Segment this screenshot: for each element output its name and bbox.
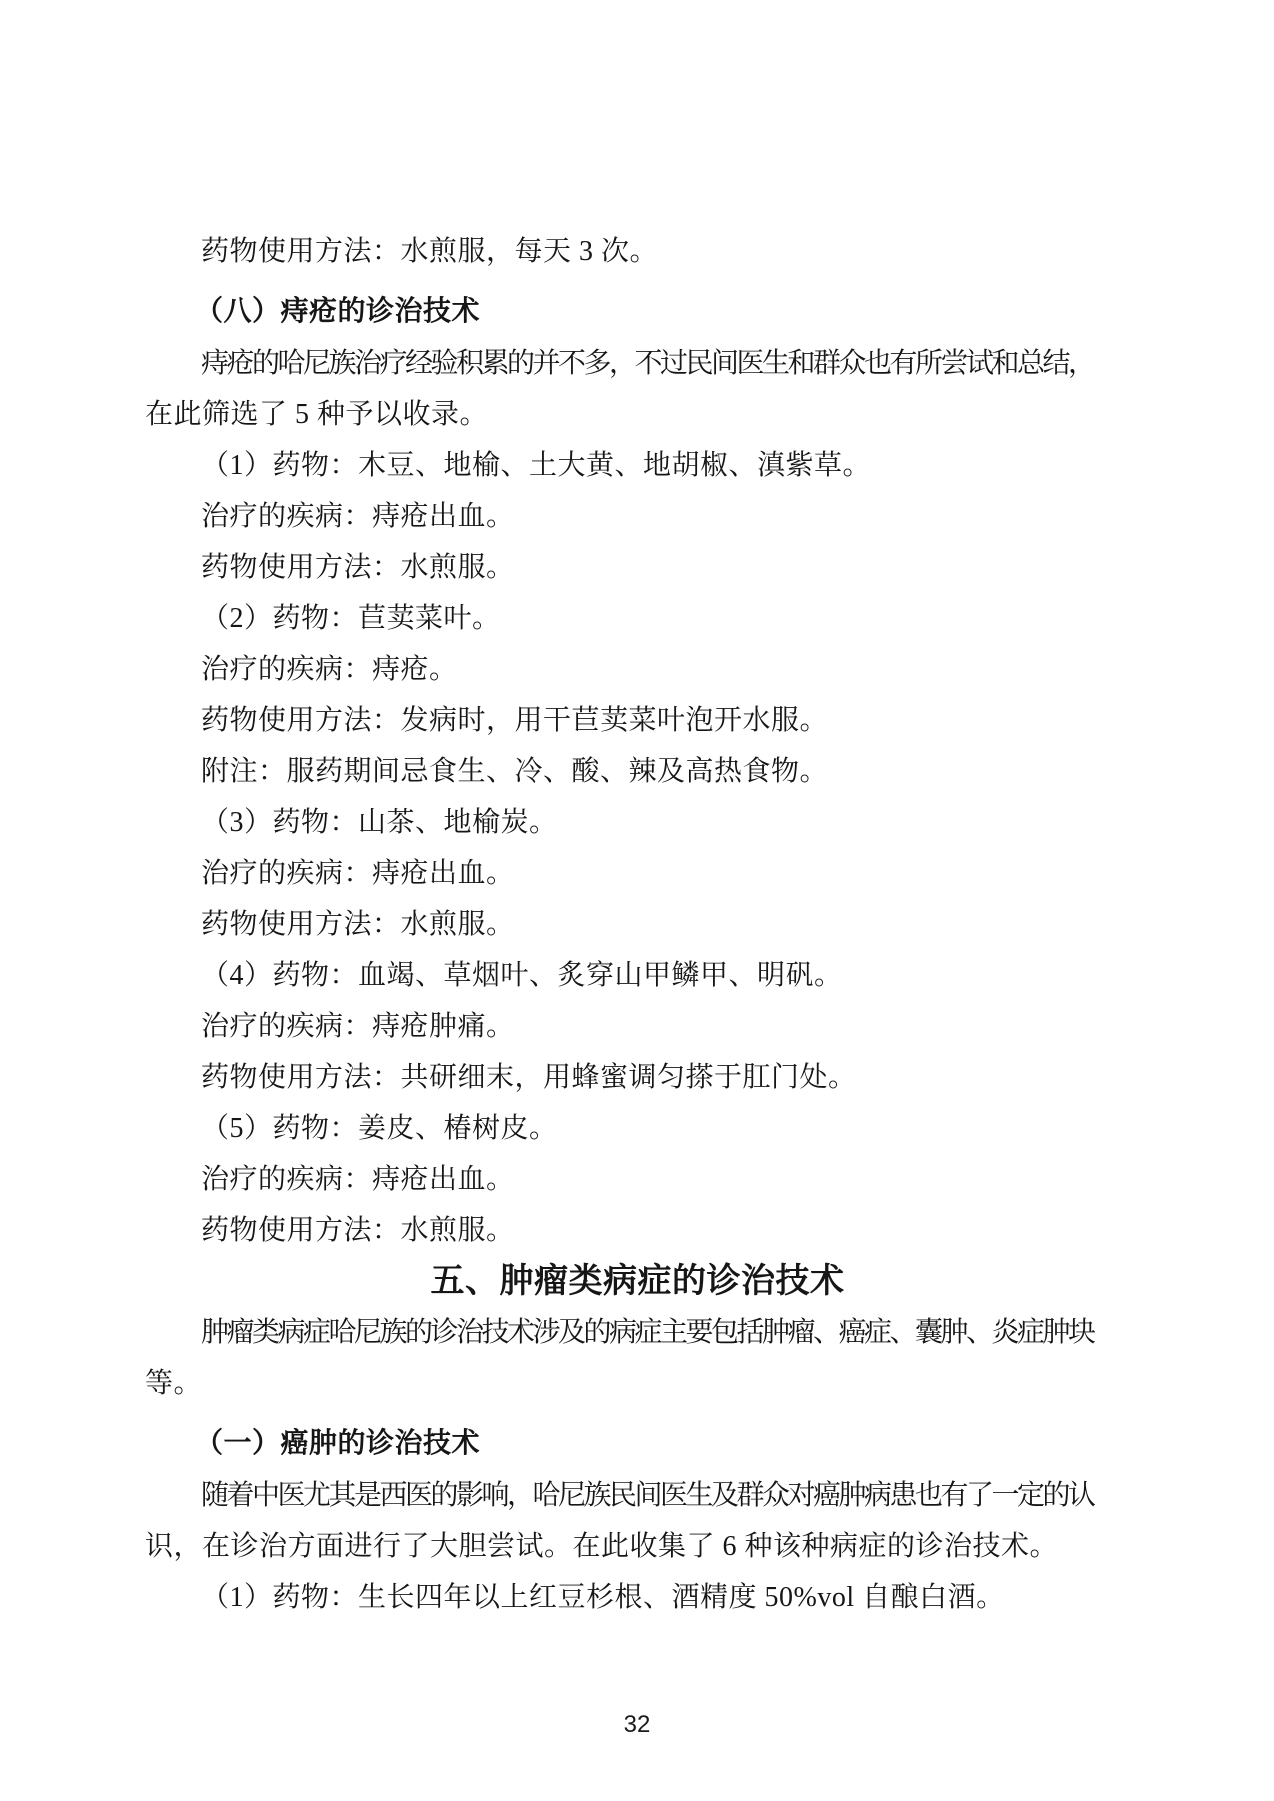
doc-line: （3）药物：山茶、地榆炭。 (145, 797, 1130, 848)
page-number: 32 (0, 1705, 1274, 1745)
doc-line: 肿瘤类病症哈尼族的诊治技术涉及的病症主要包括肿瘤、癌症、囊肿、炎症肿块 (145, 1307, 1130, 1358)
document-content: 药物使用方法：水煎服，每天 3 次。（八）痔疮的诊治技术痔疮的哈尼族治疗经验积累… (145, 226, 1130, 1623)
doc-line: （4）药物：血竭、草烟叶、炙穿山甲鳞甲、明矾。 (145, 950, 1130, 1001)
doc-line: 在此筛选了 5 种予以收录。 (145, 389, 1130, 440)
doc-line: 治疗的疾病：痔疮出血。 (145, 1154, 1130, 1205)
doc-line: （2）药物：苣荬菜叶。 (145, 593, 1130, 644)
doc-line: 治疗的疾病：痔疮。 (145, 644, 1130, 695)
doc-line: 痔疮的哈尼族治疗经验积累的并不多，不过民间医生和群众也有所尝试和总结， (145, 338, 1130, 389)
section-heading: 五、肿瘤类病症的诊治技术 (145, 1256, 1130, 1307)
doc-line: （5）药物：姜皮、椿树皮。 (145, 1103, 1130, 1154)
doc-line: 药物使用方法：水煎服。 (145, 899, 1130, 950)
doc-line: 药物使用方法：水煎服。 (145, 542, 1130, 593)
doc-line: 随着中医尤其是西医的影响，哈尼族民间医生及群众对癌肿病患也有了一定的认 (145, 1470, 1130, 1521)
section-heading: （一）癌肿的诊治技术 (145, 1417, 1130, 1468)
doc-line: 附注：服药期间忌食生、冷、酸、辣及高热食物。 (145, 746, 1130, 797)
doc-line: 药物使用方法：共研细末，用蜂蜜调匀搽于肛门处。 (145, 1052, 1130, 1103)
doc-line: 治疗的疾病：痔疮出血。 (145, 848, 1130, 899)
section-heading: （八）痔疮的诊治技术 (145, 285, 1130, 336)
doc-line: 治疗的疾病：痔疮肿痛。 (145, 1001, 1130, 1052)
doc-line: 等。 (145, 1358, 1130, 1409)
doc-line: 治疗的疾病：痔疮出血。 (145, 491, 1130, 542)
doc-line: （1）药物：生长四年以上红豆杉根、酒精度 50%vol 自酿白酒。 (145, 1572, 1130, 1623)
doc-line: 药物使用方法：发病时，用干苣荬菜叶泡开水服。 (145, 695, 1130, 746)
doc-line: 识，在诊治方面进行了大胆尝试。在此收集了 6 种该种病症的诊治技术。 (145, 1521, 1130, 1572)
doc-line: 药物使用方法：水煎服，每天 3 次。 (145, 226, 1130, 277)
doc-line: （1）药物：木豆、地榆、土大黄、地胡椒、滇紫草。 (145, 440, 1130, 491)
doc-line: 药物使用方法：水煎服。 (145, 1205, 1130, 1256)
document-page: 药物使用方法：水煎服，每天 3 次。（八）痔疮的诊治技术痔疮的哈尼族治疗经验积累… (0, 0, 1274, 1801)
